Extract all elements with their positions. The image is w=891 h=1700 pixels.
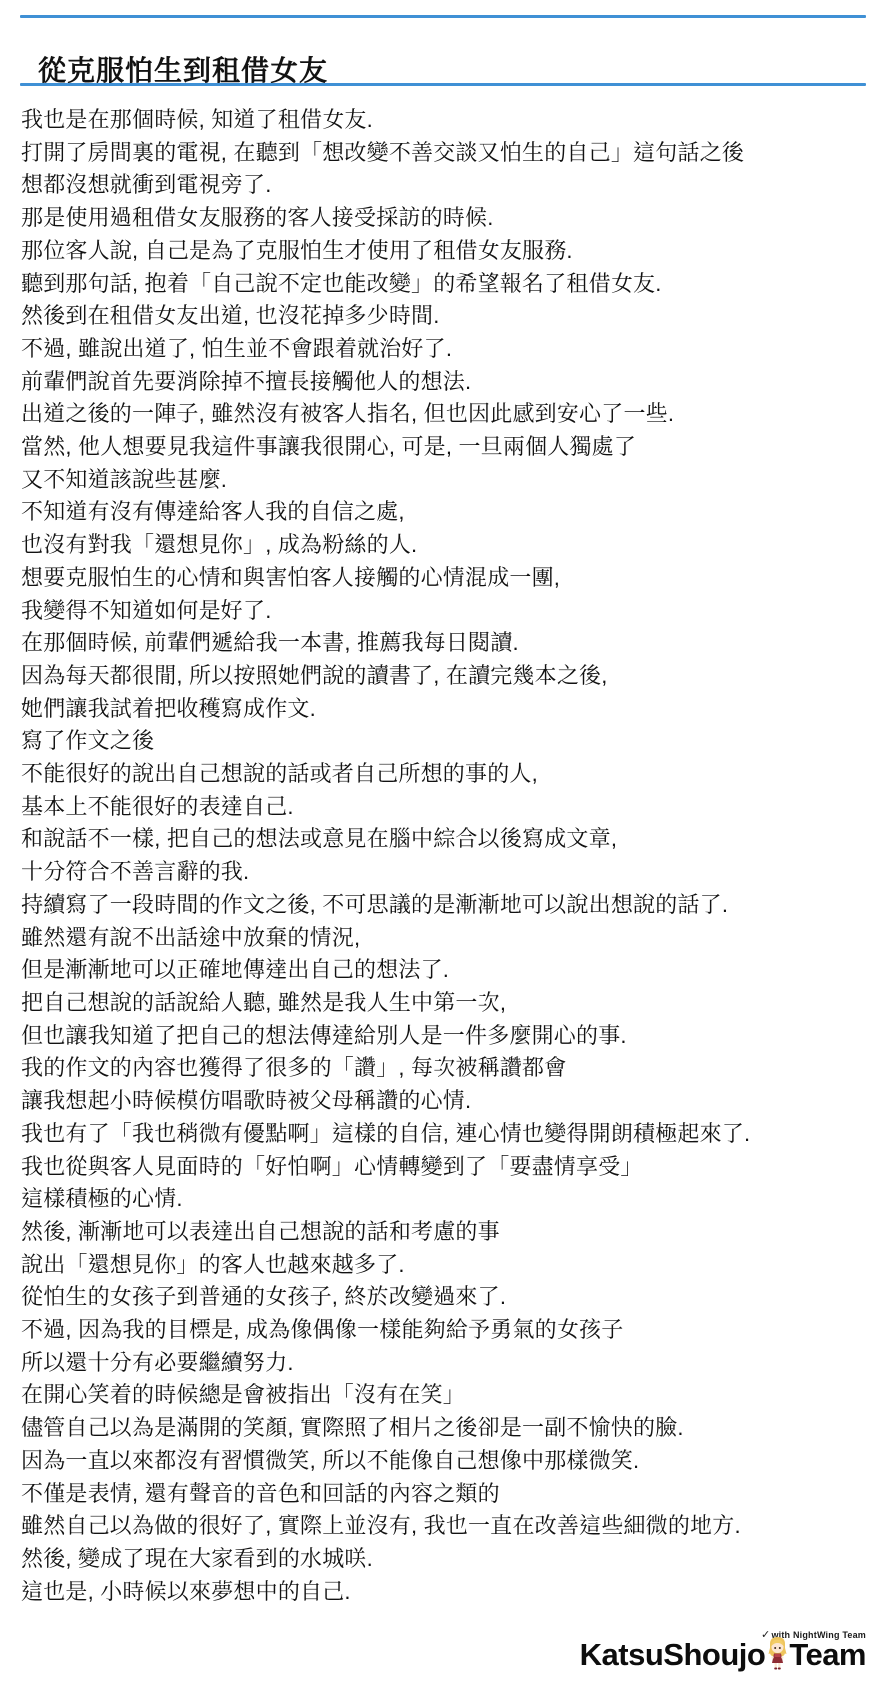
text-line: 和說話不一樣, 把自己的想法或意見在腦中綜合以後寫成文章, [21,823,876,856]
text-line: 聽到那句話, 抱着「自己說不定也能改變」的希望報名了租借女友. [21,268,876,301]
text-line: 這樣積極的心情. [21,1183,876,1216]
text-line: 我變得不知道如何是好了. [21,595,876,628]
text-line: 不僅是表情, 還有聲音的音色和回話的內容之類的 [21,1478,876,1511]
text-line: 在那個時候, 前輩們遞給我一本書, 推薦我每日閱讀. [21,627,876,660]
text-line: 寫了作文之後 [21,725,876,758]
text-line: 前輩們說首先要消除掉不擅長接觸他人的想法. [21,366,876,399]
brand-logo: KatsuShoujo Team [580,1640,866,1672]
text-line: 那位客人說, 自己是為了克服怕生才使用了租借女友服務. [21,235,876,268]
text-line: 想要克服怕生的心情和與害怕客人接觸的心情混成一團, [21,562,876,595]
text-line: 雖然自己以為做的很好了, 實際上並沒有, 我也一直在改善這些細微的地方. [21,1510,876,1543]
text-line: 十分符合不善言辭的我. [21,856,876,889]
text-line: 那是使用過租借女友服務的客人接受採訪的時候. [21,202,876,235]
text-line: 她們讓我試着把收穫寫成作文. [21,693,876,726]
article-text: 我也是在那個時候, 知道了租借女友. 打開了房間裏的電視, 在聽到「想改變不善交… [21,104,876,1608]
text-line: 所以還十分有必要繼續努力. [21,1347,876,1380]
text-line: 在開心笑着的時候總是會被指出「沒有在笑」 [21,1379,876,1412]
text-line: 然後, 變成了現在大家看到的水城咲. [21,1543,876,1576]
text-line: 打開了房間裏的電視, 在聽到「想改變不善交談又怕生的自己」這句話之後 [21,137,876,170]
text-line: 不過, 雖說出道了, 怕生並不會跟着就治好了. [21,333,876,366]
text-line: 讓我想起小時候模仿唱歌時被父母稱讚的心情. [21,1085,876,1118]
text-line: 因為一直以來都沒有習慣微笑, 所以不能像自己想像中那樣微笑. [21,1445,876,1478]
brand-right-text: Team [789,1640,866,1670]
text-line: 雖然還有說不出話途中放棄的情況, [21,922,876,955]
text-line: 但也讓我知道了把自己的想法傳達給別人是一件多麼開心的事. [21,1020,876,1053]
title-rule-top [20,15,866,18]
text-line: 又不知道該說些甚麼. [21,464,876,497]
text-line: 不能很好的說出自己想說的話或者自己所想的事的人, [21,758,876,791]
text-line: 但是漸漸地可以正確地傳達出自己的想法了. [21,954,876,987]
text-line: 因為每天都很閒, 所以按照她們說的讀書了, 在讀完幾本之後, [21,660,876,693]
text-line: 從怕生的女孩子到普通的女孩子, 終於改變過來了. [21,1281,876,1314]
footer: ✓ with NightWing Team KatsuShoujo [580,1630,866,1672]
text-line: 當然, 他人想要見我這件事讓我很開心, 可是, 一旦兩個人獨處了 [21,431,876,464]
text-line: 持續寫了一段時間的作文之後, 不可思議的是漸漸地可以說出想說的話了. [21,889,876,922]
title-rule-bottom [20,83,866,86]
text-line: 然後到在租借女友出道, 也沒花掉多少時間. [21,300,876,333]
text-line: 說出「還想見你」的客人也越來越多了. [21,1249,876,1282]
text-line: 也沒有對我「還想見你」, 成為粉絲的人. [21,529,876,562]
chibi-girl-icon [767,1636,788,1672]
text-line: 然後, 漸漸地可以表達出自己想說的話和考慮的事 [21,1216,876,1249]
text-line: 我也是在那個時候, 知道了租借女友. [21,104,876,137]
text-line: 我的作文的內容也獲得了很多的「讚」, 每次被稱讚都會 [21,1052,876,1085]
text-line: 我也從與客人見面時的「好怕啊」心情轉變到了「要盡情享受」 [21,1151,876,1184]
text-line: 不知道有沒有傳達給客人我的自信之處, [21,496,876,529]
text-line: 不過, 因為我的目標是, 成為像偶像一樣能夠給予勇氣的女孩子 [21,1314,876,1347]
brand-left-text: KatsuShoujo [580,1640,766,1670]
text-line: 把自己想說的話說給人聽, 雖然是我人生中第一次, [21,987,876,1020]
text-line: 基本上不能很好的表達自己. [21,791,876,824]
text-line: 儘管自己以為是滿開的笑顏, 實際照了相片之後卻是一副不愉快的臉. [21,1412,876,1445]
text-line: 出道之後的一陣子, 雖然沒有被客人指名, 但也因此感到安心了一些. [21,398,876,431]
text-line: 我也有了「我也稍微有優點啊」這樣的自信, 連心情也變得開朗積極起來了. [21,1118,876,1151]
text-line: 想都沒想就衝到電視旁了. [21,169,876,202]
text-line: 這也是, 小時候以來夢想中的自己. [21,1576,876,1609]
